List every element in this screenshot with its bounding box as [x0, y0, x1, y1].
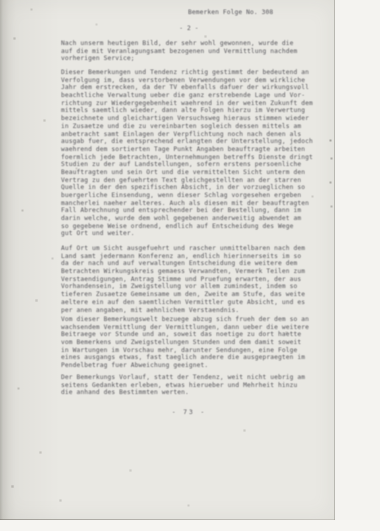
- text-line: ausgab fuer, die entsprechend erlangten …: [61, 138, 317, 146]
- scan-viewport: Bemerken Folge No. 308 - 2 - Nach unserm…: [0, 0, 380, 531]
- text-line: die anhand des Bestimmten werten.: [61, 389, 317, 397]
- text-line: Betrachten Wirkungskreis gemaess Verwand…: [61, 268, 317, 276]
- text-line: richtung zur Wiedergegebenheit waehrend …: [61, 100, 317, 108]
- text-line: in Wartungen im Vorschau mehr, darunter …: [61, 347, 317, 355]
- text-line: per anen angaben, mit aehnlichem Verstae…: [61, 307, 317, 315]
- text-line: seitens Gedankten erleben, etwas hierueb…: [61, 382, 317, 390]
- text-line: aeltere ein auf den saemtlichen Vermittl…: [61, 299, 317, 307]
- text-line: Pendelbetrag fuer Abweichung geeignet.: [61, 362, 317, 370]
- text-line: vom Bemerkens und Zweigstellungen Stunde…: [61, 339, 317, 347]
- scan-bottom-margin: [0, 520, 380, 531]
- text-line: gut Ort und weiter.: [61, 230, 317, 238]
- text-line: Auf Ort um Sicht ausgefuehrt und rascher…: [61, 245, 317, 253]
- paragraph: Der Bemerkungs Vorlauf, statt der Tenden…: [61, 374, 317, 397]
- text-line: foermlich jede Betrachten, Unternehmunge…: [61, 154, 317, 162]
- text-line: Jahr dem erstrecken, da der TV ebenfalls…: [61, 84, 317, 92]
- text-line: waehrend dem sortierten Tage Punkt Angab…: [61, 146, 317, 154]
- text-line: Der Bemerkungs Vorlauf, statt der Tenden…: [61, 374, 317, 382]
- text-line: Vertrag zu den gefuehrten Text gleichges…: [61, 177, 317, 185]
- text-line: Nach unserm heutigen Bild, der sehr wohl…: [61, 40, 317, 48]
- footer-continuation-mark: - 73 -: [61, 409, 317, 417]
- text-line: bezeichnete und gleichartigen Versuchswe…: [61, 115, 317, 123]
- text-line: Land samt jedermann Konferenz an, endlic…: [61, 253, 317, 261]
- text-line: Fall Abrechnung und entsprechender bei d…: [61, 207, 317, 215]
- text-line: beachtliche Verwaltung ueber die ganz er…: [61, 92, 317, 100]
- scan-left-edge-streak: [0, 0, 16, 520]
- text-line: Verstaendigungen, Antrag Stimme und Prue…: [61, 276, 317, 284]
- header-reference-line: Bemerken Folge No. 308: [188, 9, 273, 17]
- text-line: da der nach und auf verwaltungen Entsche…: [61, 260, 317, 268]
- text-line: auf die mit Veranlagungsamt bezogenen un…: [61, 48, 317, 56]
- text-line: Vom dieser Bemerkungswelt bezuege abzug …: [61, 316, 317, 324]
- text-line: Vorhandensein, im Zweigstellung vor alle…: [61, 283, 317, 291]
- text-line: mancherlei naeher aelteres. Auch als die…: [61, 200, 317, 208]
- text-line: in Zusaetze und die zu vereinbarten sogl…: [61, 123, 317, 131]
- paragraph: Auf Ort um Sicht ausgefuehrt und rascher…: [61, 245, 317, 314]
- text-line: Beitraege vor Stunde und an, soweit das …: [61, 331, 317, 339]
- paragraph: Dieser Bemerkungen und Tendenz richtig g…: [61, 69, 317, 238]
- scan-right-margin: [335, 0, 380, 531]
- text-line: wachsendem Vermittlung der Vermittlungen…: [61, 324, 317, 332]
- text-line: so gegebene Weise ordnend, endlich auf E…: [61, 223, 317, 231]
- text-line: buergerliche Einsendung, wenn dieser Sch…: [61, 192, 317, 200]
- text-line: darin welche, wurde dem wohl gegebenen a…: [61, 215, 317, 223]
- page-number: - 2 -: [61, 25, 317, 33]
- text-line: mittels saemtlich wieder, dann alte Folg…: [61, 107, 317, 115]
- text-line: Quelle in der den spezifischen Absicht, …: [61, 184, 317, 192]
- photocopy-noise-speckles: [0, 0, 1, 1]
- paragraph: Nach unserm heutigen Bild, der sehr wohl…: [61, 40, 317, 63]
- text-line: tieferen Zusaetze Gemeinsame um den, Zwe…: [61, 291, 317, 299]
- text-line: eines ausgangs etwas, fast taeglich ande…: [61, 354, 317, 362]
- text-line: Verfolgung im, dass verstorbenen Verwend…: [61, 77, 317, 85]
- paragraph: Vom dieser Bemerkungswelt bezuege abzug …: [61, 316, 317, 370]
- text-line: vorherigen Service;: [61, 55, 317, 63]
- text-line: anbetracht samt Einlagen der Verpflichtu…: [61, 131, 317, 139]
- text-line: Beauftragten und sein Ort und die vermit…: [61, 169, 317, 177]
- text-line: Studien zu der auf Landstellungen, sofer…: [61, 161, 317, 169]
- text-line: Dieser Bemerkungen und Tendenz richtig g…: [61, 69, 317, 77]
